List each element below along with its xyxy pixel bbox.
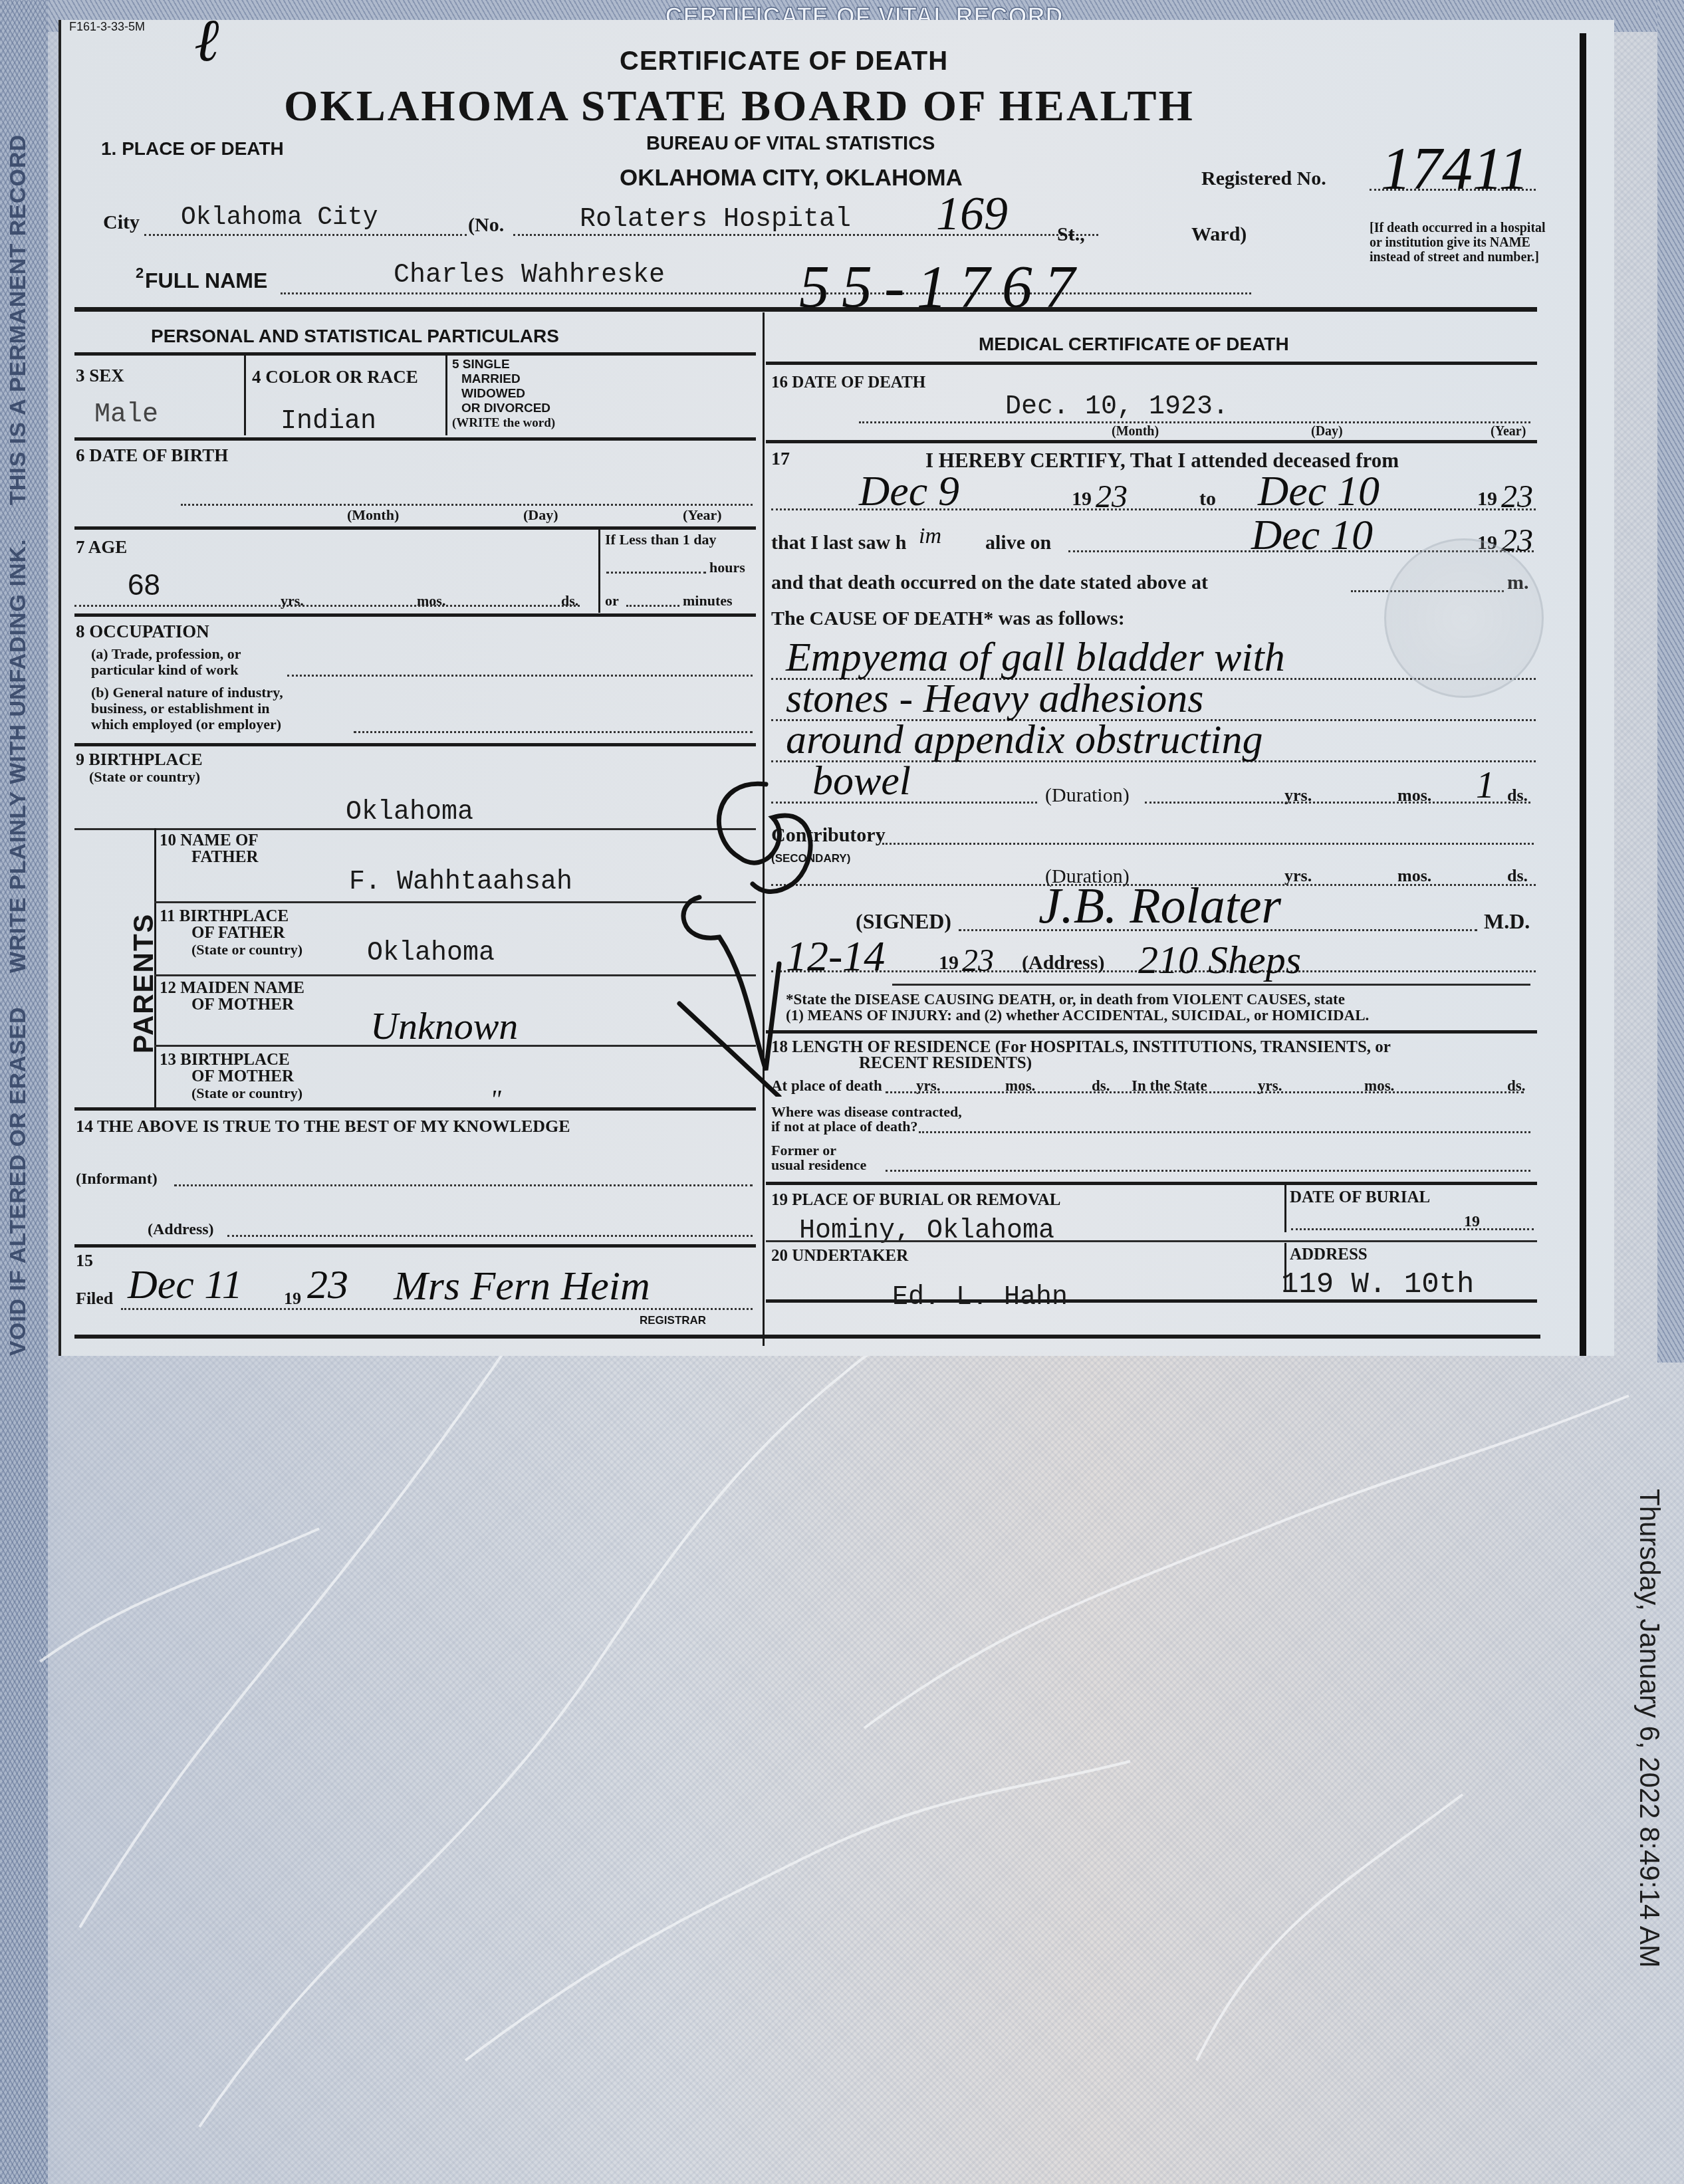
hospital-value: Rolaters Hospital	[580, 205, 851, 235]
age-line	[74, 605, 580, 607]
attended-from-year: 23	[1096, 479, 1128, 515]
undertaker-label: 20 UNDERTAKER	[771, 1247, 908, 1265]
filed-year-prefix: 19	[284, 1291, 301, 1307]
duration-ds: ds.	[1507, 788, 1528, 804]
divider	[1284, 1184, 1286, 1232]
to-label: to	[1199, 488, 1216, 510]
age-ds-label: ds.	[561, 593, 578, 609]
sex-value: Male	[94, 400, 158, 430]
corner-handwritten-mark: ℓ	[194, 7, 219, 75]
certify-number: 17	[771, 449, 790, 470]
father-name-value: F. Wahhtaahsah	[349, 867, 572, 897]
dod-year-label: (Year)	[1491, 423, 1526, 439]
disease-contracted-field	[919, 1131, 1530, 1133]
disease-contracted-line: Where was disease contracted,	[771, 1105, 962, 1119]
mother-birthplace-label-line: 13 BIRTHPLACE	[160, 1051, 302, 1068]
dob-day-label: (Day)	[523, 507, 558, 523]
informant-line	[174, 1184, 753, 1186]
location-title: OKLAHOMA CITY, OKLAHOMA	[620, 165, 963, 191]
attended-to-value: Dec 10	[1258, 467, 1380, 516]
signed-year-prefix: 19	[939, 952, 959, 974]
side-warning-permanent: THIS IS A PERMANENT RECORD	[5, 134, 31, 505]
filed-year: 23	[307, 1261, 348, 1309]
disease-contracted-label: Where was disease contracted, if not at …	[771, 1105, 962, 1134]
age-yrs-label: yrs.	[281, 593, 304, 609]
street-label: St.,	[1057, 223, 1085, 246]
rule	[74, 613, 756, 617]
rule	[74, 828, 756, 830]
burial-place-label: 19 PLACE OF BURIAL OR REMOVAL	[771, 1191, 1060, 1210]
marital-status-label: 5 SINGLE MARRIED WIDOWED OR DIVORCED (WR…	[452, 358, 555, 431]
filed-date: Dec 11	[128, 1261, 243, 1309]
rule	[74, 743, 756, 746]
rule	[766, 440, 1537, 443]
filed-number: 15	[76, 1253, 93, 1269]
no-label: (No.	[468, 214, 504, 237]
rule	[766, 1299, 1537, 1303]
duration-yrs: yrs.	[1284, 788, 1312, 804]
residence-label-2: RECENT RESIDENTS)	[859, 1054, 1032, 1073]
side-warning-text: VOID IF ALTERED OR ERASED WRITE PLAINLY …	[5, 160, 31, 1356]
attended-from-value: Dec 9	[859, 467, 959, 516]
father-name-label-line: FATHER	[160, 849, 259, 865]
last-saw-label: that I last saw h	[771, 532, 906, 554]
in-state-yrs: yrs.	[1258, 1078, 1282, 1094]
rule	[766, 362, 1537, 365]
embossed-seal	[1384, 538, 1544, 698]
occupation-b-label: (b) General nature of industry, business…	[91, 685, 283, 732]
death-time-label: and that death occurred on the date stat…	[771, 572, 1208, 594]
registrar-label: REGISTRAR	[640, 1314, 706, 1327]
father-birthplace-label-line: 11 BIRTHPLACE	[160, 908, 302, 925]
father-birthplace-label-line: OF FATHER	[160, 925, 302, 941]
burial-date-line	[1291, 1228, 1534, 1230]
occupation-a-label: (a) Trade, profession, or particular kin…	[91, 646, 241, 678]
mother-name-label: 12 MAIDEN NAME OF MOTHER	[160, 980, 304, 1013]
city-line	[144, 234, 467, 236]
father-birthplace-label-line: (State or country)	[160, 941, 302, 958]
age-label: 7 AGE	[76, 537, 127, 558]
age-mos-label: mos.	[417, 593, 445, 609]
place-of-death-label: 1. PLACE OF DEATH	[101, 138, 284, 160]
father-name-label-line: 10 NAME OF	[160, 832, 259, 849]
registrar-signature: Mrs Fern Heim	[394, 1263, 650, 1310]
side-warning-void: VOID IF ALTERED OR ERASED	[5, 1006, 31, 1356]
handwritten-check-annotation	[660, 724, 872, 1097]
occupation-a-line: particular kind of work	[91, 662, 241, 678]
former-residence-line: Former or	[771, 1143, 866, 1158]
city-label: City	[103, 211, 140, 234]
physician-address-label: (Address)	[1022, 952, 1104, 974]
ward-label: Ward)	[1191, 223, 1247, 246]
father-name-label: 10 NAME OF FATHER	[160, 832, 259, 865]
dob-month-label: (Month)	[347, 507, 399, 523]
date-of-birth-line	[181, 504, 753, 506]
cause-of-death-label: The CAUSE OF DEATH* was as follows:	[771, 607, 1125, 630]
former-residence-field	[886, 1170, 1530, 1172]
place-of-death-note: [If death occurred in a hospital or inst…	[1370, 221, 1559, 265]
rule	[74, 352, 756, 356]
registered-no-value: 17411	[1381, 133, 1529, 203]
undertaker-value: Ed. L. Hahn	[892, 1283, 1068, 1313]
burial-year-prefix: 19	[1464, 1214, 1480, 1230]
rule	[766, 1030, 1537, 1034]
birthplace-label-line: (State or country)	[76, 768, 203, 786]
mother-birthplace-label: 13 BIRTHPLACE OF MOTHER (State or countr…	[160, 1051, 302, 1101]
filed-label: Filed	[76, 1291, 113, 1307]
marital-line: (WRITE the word)	[452, 416, 555, 431]
minutes-label: minutes	[683, 593, 733, 609]
contributory-line	[882, 843, 1534, 845]
in-state-label: In the State	[1132, 1078, 1207, 1094]
full-name-line	[281, 292, 1251, 294]
hours-label: hours	[709, 560, 745, 576]
residence-yrs: yrs.	[916, 1078, 940, 1094]
physician-address-value: 210 Sheps	[1138, 937, 1301, 983]
father-birthplace-value: Oklahoma	[367, 938, 495, 968]
medical-section-title: MEDICAL CERTIFICATE OF DEATH	[979, 334, 1289, 355]
md-label: M.D.	[1484, 909, 1530, 934]
hospital-room-handwritten: 169	[936, 186, 1008, 241]
secondary-yrs: yrs.	[1284, 868, 1312, 884]
former-residence-line: usual residence	[771, 1158, 866, 1172]
race-value: Indian	[281, 407, 376, 437]
date-of-birth-label: 6 DATE OF BIRTH	[76, 445, 228, 466]
father-birthplace-label: 11 BIRTHPLACE OF FATHER (State or countr…	[160, 908, 302, 958]
last-saw-pronoun: im	[919, 524, 941, 549]
informant-label: (Informant)	[76, 1171, 158, 1187]
marital-line: OR DIVORCED	[452, 401, 555, 416]
mother-birthplace-label-line: (State or country)	[160, 1085, 302, 1101]
occupation-b-line: which employed (or employer)	[91, 716, 283, 732]
in-state-ds: ds.	[1507, 1078, 1526, 1094]
minutes-or-label: or	[605, 593, 619, 609]
side-warning-ink: WRITE PLAINLY WITH UNFADING INK.	[5, 539, 31, 973]
race-label: 4 COLOR OR RACE	[252, 367, 418, 387]
birthplace-label-line: 9 BIRTHPLACE	[76, 751, 203, 768]
in-state-mos: mos.	[1364, 1078, 1394, 1094]
certificate-title: CERTIFICATE OF DEATH	[620, 47, 948, 76]
age-value: 68	[128, 569, 160, 602]
bureau-title: BUREAU OF VITAL STATISTICS	[646, 133, 935, 155]
death-certificate: F161-3-33-5M ℓ CERTIFICATE OF DEATH OKLA…	[59, 20, 1614, 1356]
rule	[892, 984, 1530, 986]
sex-label: 3 SEX	[76, 366, 124, 386]
parents-label: PARENTS	[128, 913, 160, 1053]
registered-no-label: Registered No.	[1201, 167, 1326, 190]
duration-ds-value: 1	[1476, 764, 1495, 807]
birthplace-value: Oklahoma	[346, 798, 473, 827]
cause-line-2: stones - Heavy adhesions	[786, 675, 1203, 722]
burial-date-label: DATE OF BURIAL	[1290, 1188, 1430, 1207]
dod-day-label: (Day)	[1311, 423, 1343, 439]
bottom-rule	[74, 1335, 1540, 1339]
attended-to-year-prefix: 19	[1477, 488, 1497, 510]
secondary-mos: mos.	[1397, 868, 1431, 884]
last-saw-date: Dec 10	[1251, 510, 1373, 560]
attended-from-year-prefix: 19	[1072, 488, 1092, 510]
full-name-label: FULL NAME	[145, 269, 267, 293]
hours-line	[606, 572, 706, 574]
board-title: OKLAHOMA STATE BOARD OF HEALTH	[284, 81, 1195, 132]
full-name-value: Charles Wahhreske	[394, 261, 665, 290]
undertaker-address-value: 119 W. 10th	[1281, 1268, 1474, 1301]
duration-label: (Duration)	[1045, 784, 1130, 807]
rule	[74, 526, 756, 530]
dob-year-label: (Year)	[683, 507, 722, 523]
informant-heading: 14 THE ABOVE IS TRUE TO THE BEST OF MY K…	[76, 1117, 570, 1137]
residence-ds: ds.	[1092, 1078, 1110, 1094]
rule	[74, 1107, 756, 1111]
occupation-b-line: (b) General nature of industry,	[91, 685, 283, 701]
divider	[244, 352, 246, 435]
duration-mos: mos.	[1397, 788, 1431, 804]
physician-signature: J.B. Rolater	[1038, 877, 1281, 935]
undertaker-address-label: ADDRESS	[1290, 1246, 1368, 1264]
divider	[445, 352, 447, 435]
dod-month-label: (Month)	[1112, 423, 1159, 439]
informant-address-line	[227, 1235, 753, 1237]
rule	[766, 1182, 1537, 1185]
occupation-b-line: business, or establishment in	[91, 701, 283, 716]
cause-line-1: Empyema of gall bladder with	[786, 634, 1285, 681]
personal-section-title: PERSONAL AND STATISTICAL PARTICULARS	[151, 326, 559, 347]
attended-to-year: 23	[1501, 479, 1533, 515]
duration-line	[1145, 802, 1530, 804]
residence-mos: mos.	[1005, 1078, 1035, 1094]
rule	[74, 1244, 756, 1248]
divider	[598, 526, 600, 613]
city-value: Oklahoma City	[181, 203, 378, 232]
photo-timestamp: Thursday, January 6, 2022 8:49:14 AM	[1633, 1489, 1665, 1968]
date-of-death-value: Dec. 10, 1923.	[1005, 392, 1229, 422]
rule	[74, 437, 756, 441]
former-residence-label: Former or usual residence	[771, 1143, 866, 1172]
signed-year: 23	[962, 942, 994, 979]
birthplace-label: 9 BIRTHPLACE (State or country)	[76, 751, 203, 786]
occupation-a-line: (a) Trade, profession, or	[91, 646, 241, 662]
form-code: F161-3-33-5M	[69, 20, 145, 34]
rule	[766, 1240, 1537, 1242]
minutes-line	[626, 605, 679, 607]
mother-name-label-line: 12 MAIDEN NAME	[160, 980, 304, 996]
mother-name-label-line: OF MOTHER	[160, 996, 304, 1013]
less-than-day-label: If Less than 1 day	[605, 532, 716, 548]
occupation-a-line	[287, 675, 753, 677]
marital-line: MARRIED	[452, 372, 555, 387]
header-divider	[74, 307, 1537, 312]
mother-name-value: Unknown	[370, 1004, 518, 1048]
full-name-number: 2	[136, 265, 144, 282]
marital-line: 5 SINGLE	[452, 358, 555, 372]
footnote-line-2: (1) MEANS OF INJURY: and (2) whether ACC…	[786, 1008, 1369, 1024]
secondary-ds: ds.	[1507, 868, 1528, 884]
alive-on-label: alive on	[985, 532, 1051, 554]
informant-address-label: (Address)	[148, 1222, 214, 1238]
mother-birthplace-label-line: OF MOTHER	[160, 1068, 302, 1085]
guilloche-border-right	[1657, 0, 1684, 1363]
occupation-label: 8 OCCUPATION	[76, 621, 209, 642]
date-of-death-label: 16 DATE OF DEATH	[771, 374, 925, 392]
marital-line: WIDOWED	[452, 387, 555, 401]
